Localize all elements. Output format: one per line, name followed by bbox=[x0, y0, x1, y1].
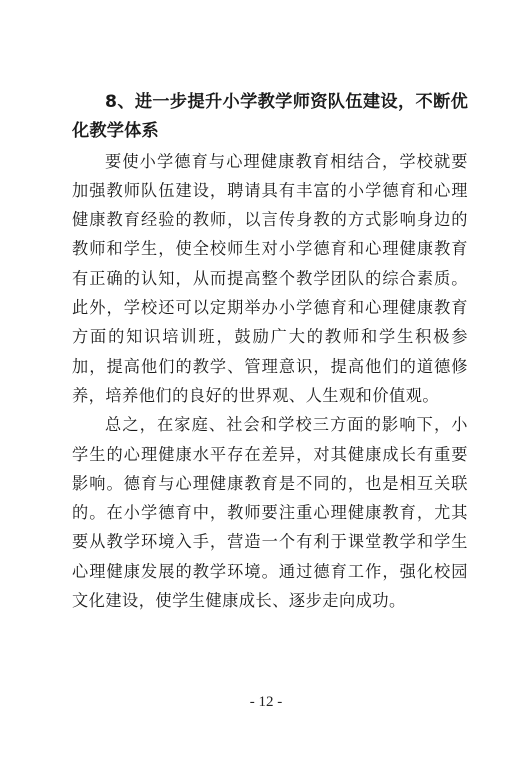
document-page: 8、进一步提升小学教学师资队伍建设，不断优化教学体系 要使小学德育与心理健康教育… bbox=[72, 88, 468, 615]
paragraph-conclusion: 总之，在家庭、社会和学校三方面的影响下，小学生的心理健康水平存在差异，对其健康成… bbox=[72, 410, 468, 615]
section-heading: 8、进一步提升小学教学师资队伍建设，不断优化教学体系 bbox=[72, 88, 468, 147]
page-number: - 12 - bbox=[0, 694, 532, 711]
paragraph-teacher-team: 要使小学德育与心理健康教育相结合，学校就要加强教师队伍建设，聘请具有丰富的小学德… bbox=[72, 147, 468, 411]
